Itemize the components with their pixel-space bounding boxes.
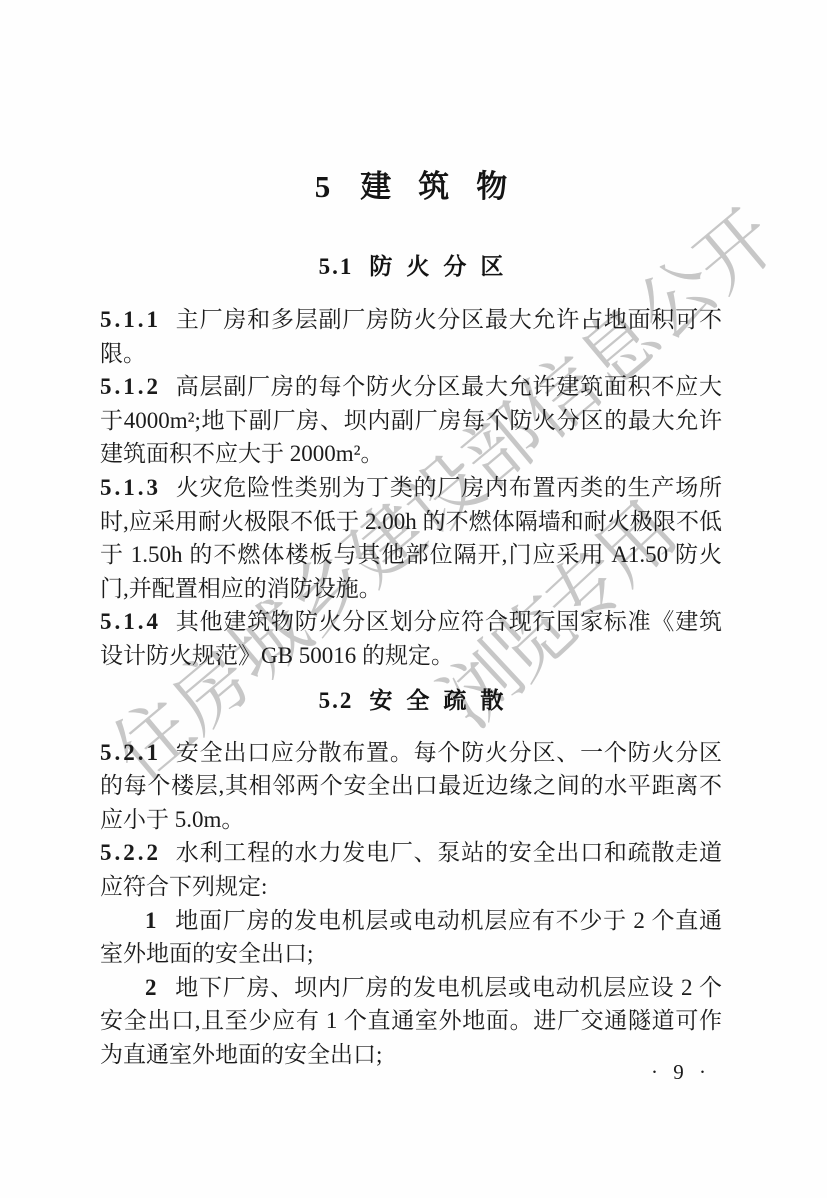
sub-item-2: 2地下厂房、坝内厂房的发电机层或电动机层应设 2 个安全出口,且至少应有 1 个… — [100, 971, 722, 1072]
section-title: 防火分区 — [369, 253, 517, 279]
chapter-number: 5 — [315, 169, 331, 204]
clause-5-1-2: 5.1.2高层副厂房的每个防火分区最大允许建筑面积不应大于4000m²;地下副厂… — [100, 370, 722, 471]
sub-item-text: 地下厂房、坝内厂房的发电机层或电动机层应设 2 个安全出口,且至少应有 1 个直… — [100, 975, 722, 1067]
clause-text: 安全出口应分散布置。每个防火分区、一个防火分区的每个楼层,其相邻两个安全出口最近… — [100, 740, 722, 832]
clause-number: 5.1.1 — [100, 307, 161, 332]
clause-number: 5.2.2 — [100, 840, 161, 865]
page-number: · 9 · — [651, 1060, 711, 1085]
section-5-1-heading: 5.1防火分区 — [100, 250, 722, 283]
section-5-2-heading: 5.2安全疏散 — [100, 684, 722, 717]
clause-5-1-1: 5.1.1主厂房和多层副厂房防火分区最大允许占地面积可不限。 — [100, 303, 722, 370]
clause-5-1-4: 5.1.4其他建筑物防火分区划分应符合现行国家标准《建筑设计防火规范》GB 50… — [100, 605, 722, 672]
sub-item-text: 地面厂房的发电机层或电动机层应有不少于 2 个直通室外地面的安全出口; — [100, 908, 722, 967]
chapter-title: 建筑物 — [360, 169, 534, 204]
clause-text: 火灾危险性类别为丁类的厂房内布置丙类的生产场所时,应采用耐火极限不低于 2.00… — [100, 475, 722, 601]
section-5-1-clauses: 5.1.1主厂房和多层副厂房防火分区最大允许占地面积可不限。 5.1.2高层副厂… — [100, 303, 722, 673]
clause-text: 水利工程的水力发电厂、泵站的安全出口和疏散走道应符合下列规定: — [100, 840, 722, 899]
section-number: 5.1 — [319, 254, 354, 279]
page-content: 5建筑物 5.1防火分区 5.1.1主厂房和多层副厂房防火分区最大允许占地面积可… — [100, 0, 722, 1071]
sub-item-1: 1地面厂房的发电机层或电动机层应有不少于 2 个直通室外地面的安全出口; — [100, 904, 722, 971]
section-number: 5.2 — [319, 688, 354, 713]
clause-number: 5.1.2 — [100, 374, 161, 399]
sub-item-number: 1 — [145, 908, 157, 933]
section-title: 安全疏散 — [369, 687, 517, 713]
clause-text: 其他建筑物防火分区划分应符合现行国家标准《建筑设计防火规范》GB 50016 的… — [100, 609, 722, 668]
clause-number: 5.1.3 — [100, 475, 161, 500]
document-page: 住房城乡建设部信息公开 浏览专用 5建筑物 5.1防火分区 5.1.1主厂房和多… — [0, 0, 827, 1198]
chapter-heading: 5建筑物 — [100, 166, 722, 208]
section-5-2-clauses: 5.2.1安全出口应分散布置。每个防火分区、一个防火分区的每个楼层,其相邻两个安… — [100, 736, 722, 1072]
sub-item-number: 2 — [145, 975, 157, 1000]
clause-number: 5.1.4 — [100, 609, 161, 634]
clause-5-2-2: 5.2.2水利工程的水力发电厂、泵站的安全出口和疏散走道应符合下列规定: — [100, 836, 722, 903]
clause-5-2-1: 5.2.1安全出口应分散布置。每个防火分区、一个防火分区的每个楼层,其相邻两个安… — [100, 736, 722, 837]
clause-5-1-3: 5.1.3火灾危险性类别为丁类的厂房内布置丙类的生产场所时,应采用耐火极限不低于… — [100, 471, 722, 605]
clause-text: 主厂房和多层副厂房防火分区最大允许占地面积可不限。 — [100, 307, 722, 366]
clause-number: 5.2.1 — [100, 740, 161, 765]
clause-text: 高层副厂房的每个防火分区最大允许建筑面积不应大于4000m²;地下副厂房、坝内副… — [100, 374, 722, 466]
